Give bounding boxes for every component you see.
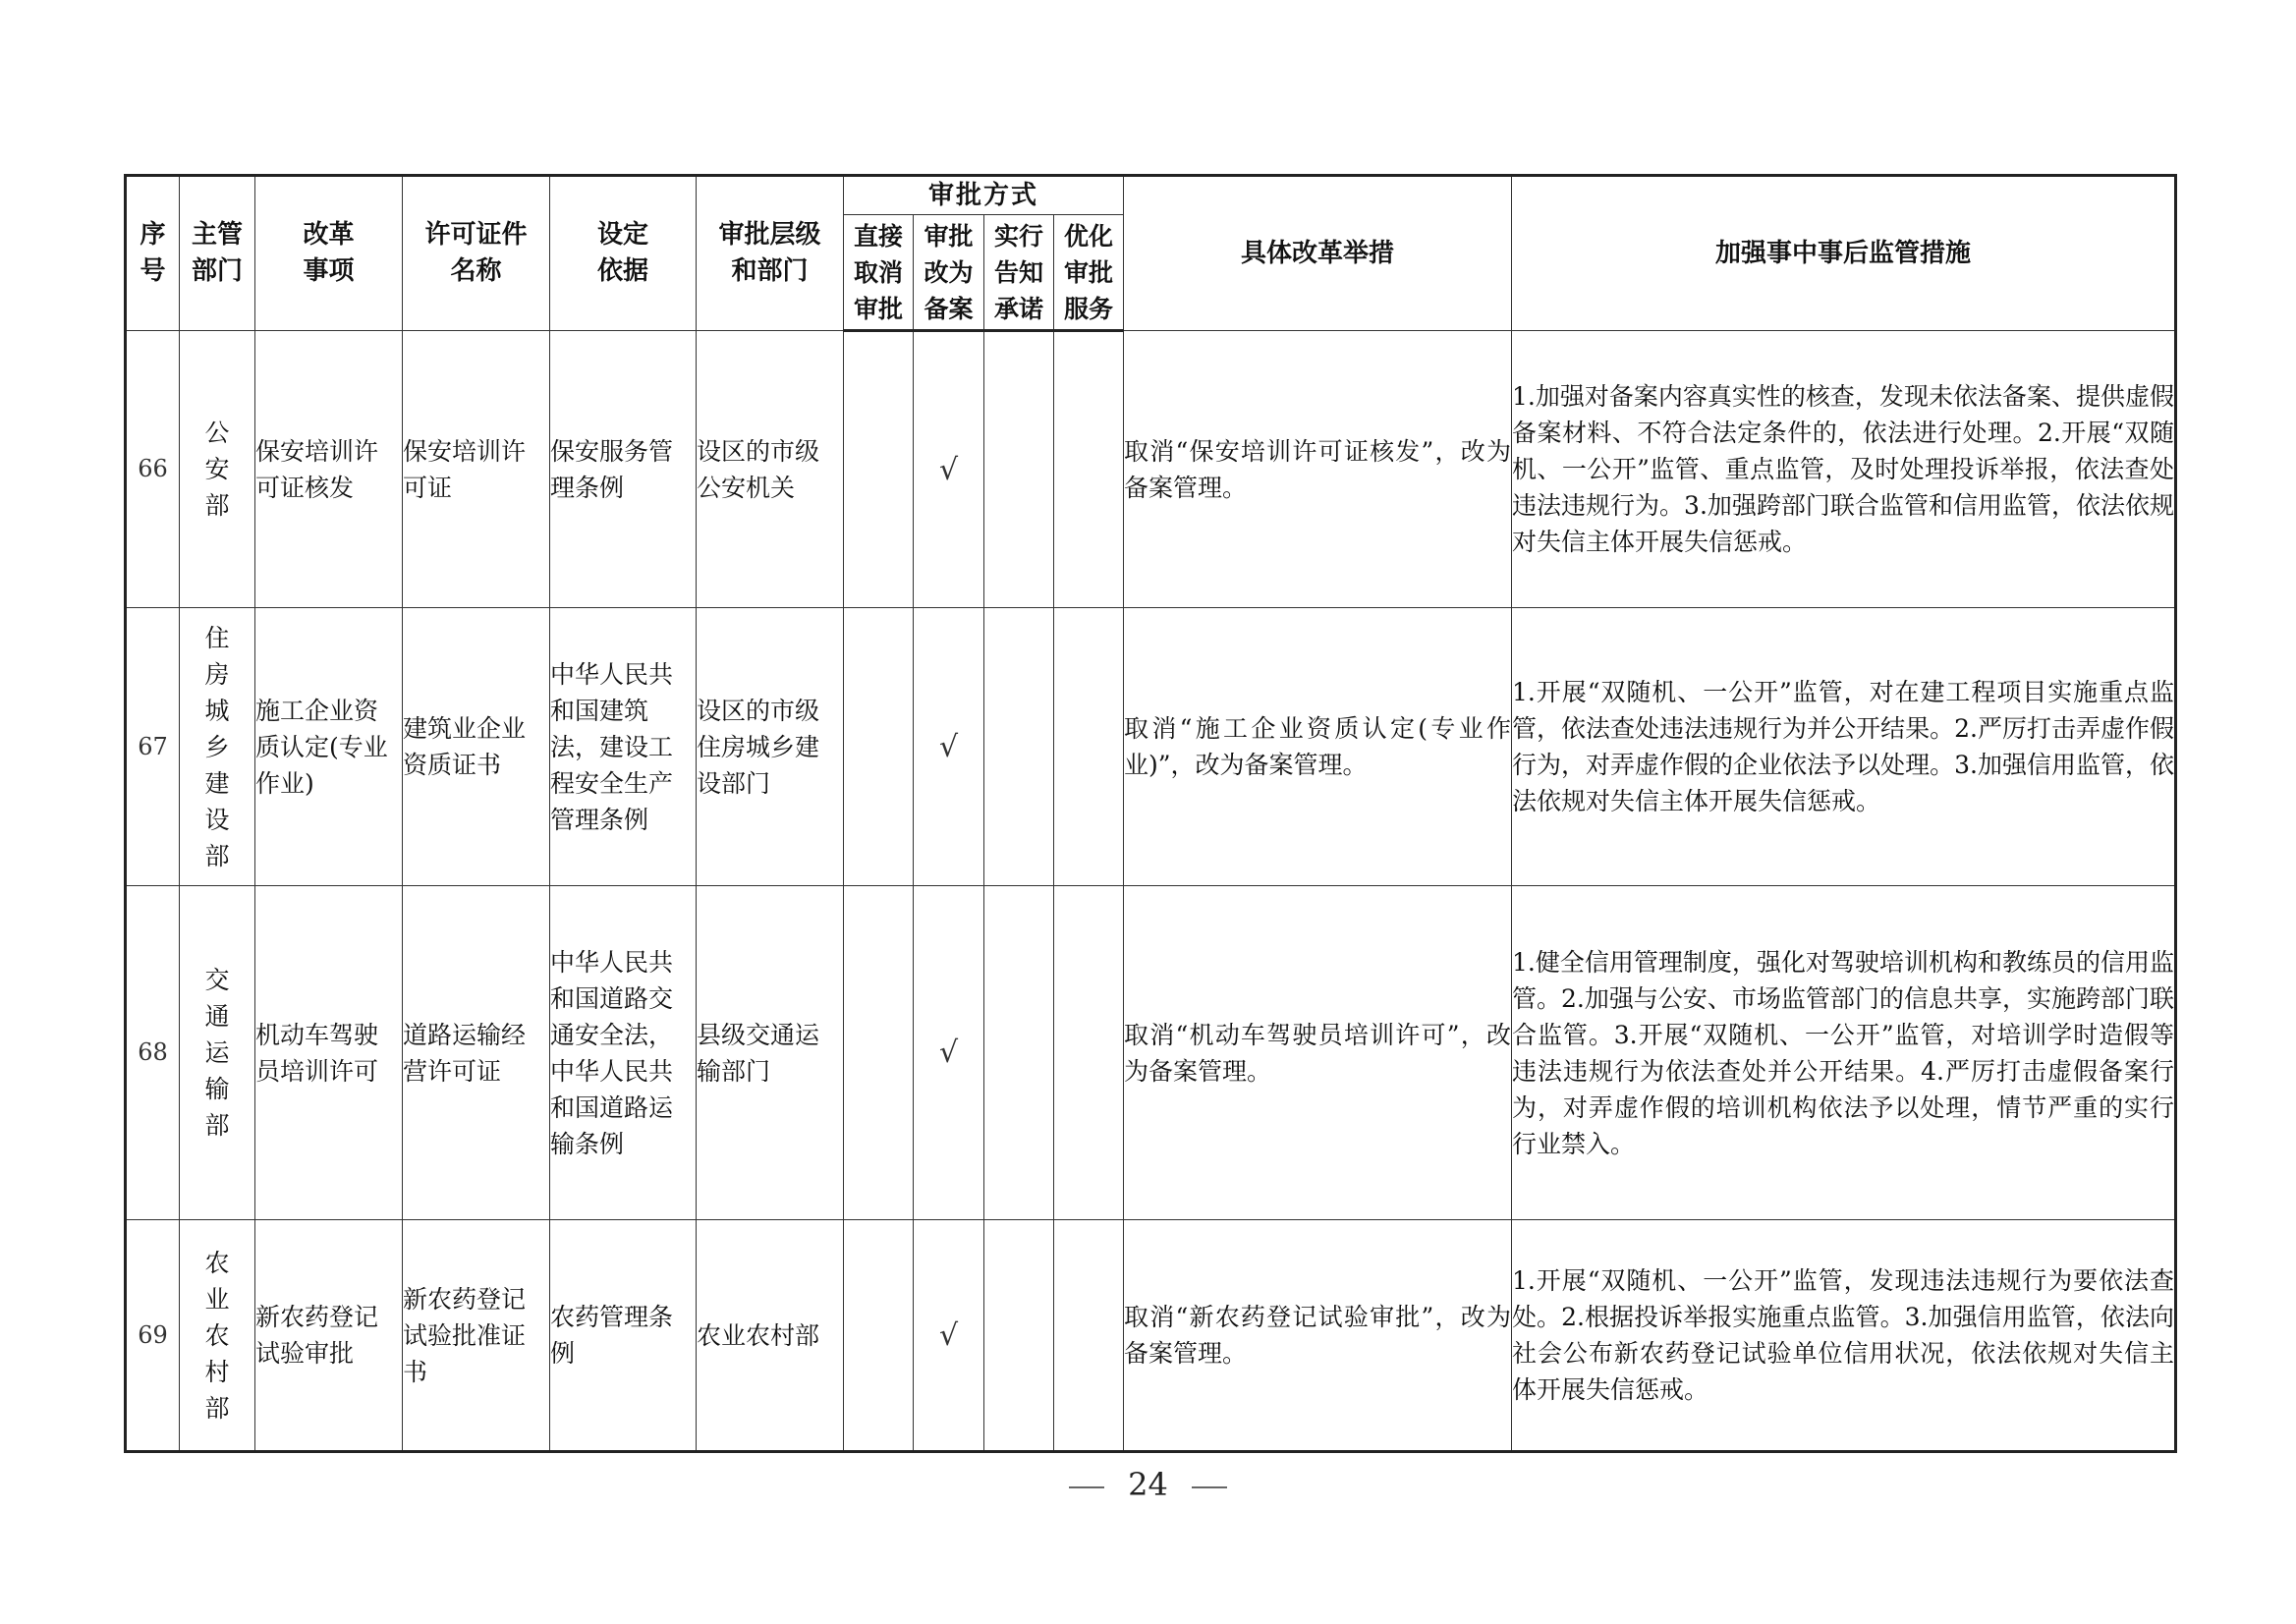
table-row: 68 交通运输部 机动车驾驶员培训许可 道路运输经营许可证 中华人民共和国道路交… [126,886,2176,1220]
table-row: 67 住房城乡建设部 施工企业资质认定(专业作业) 建筑业企业资质证书 中华人民… [126,608,2176,886]
cell-license: 道路运输经营许可证 [403,886,550,1220]
cell-level: 设区的市级住房城乡建设部门 [697,608,844,886]
table-row: 69 农业农村部 新农药登记试验审批 新农药登记试验批准证书 农药管理条例 农业… [126,1220,2176,1452]
cell-item: 保安培训许可证核发 [255,331,403,608]
header-level: 审批层级和部门 [697,176,844,331]
cell-level: 设区的市级公安机关 [697,331,844,608]
header-mode-cancel: 直接取消审批 [844,215,914,331]
cell-basis: 中华人民共和国建筑法，建设工程安全生产管理条例 [550,608,697,886]
cell-mode-cancel [844,331,914,608]
page-number-text: 24 [1128,1466,1168,1503]
page-number: 24 [0,1466,2296,1503]
cell-seq: 69 [126,1220,180,1452]
cell-license: 建筑业企业资质证书 [403,608,550,886]
cell-supervision: 1.开展“双随机、一公开”监管，对在建工程项目实施重点监管，依法查处违法违规行为… [1512,608,2176,886]
header-supervision: 加强事中事后监管措施 [1512,176,2176,331]
cell-supervision: 1.健全信用管理制度，强化对驾驶培训机构和教练员的信用监管。2.加强与公安、市场… [1512,886,2176,1220]
cell-supervision: 1.开展“双随机、一公开”监管，发现违法违规行为要依法查处。2.根据投诉举报实施… [1512,1220,2176,1452]
cell-mode-optimize [1054,1220,1124,1452]
checkmark-icon: √ [914,331,984,608]
header-basis: 设定依据 [550,176,697,331]
document-page: 序号 主管部门 改革事项 许可证件名称 设定依据 审批层级和部门 审批方式 具体… [0,0,2296,1624]
cell-seq: 66 [126,331,180,608]
header-mode-filing: 审批改为备案 [914,215,984,331]
cell-level: 县级交通运输部门 [697,886,844,1220]
cell-item: 施工企业资质认定(专业作业) [255,608,403,886]
cell-supervision: 1.加强对备案内容真实性的核查，发现未依法备案、提供虚假备案材料、不符合法定条件… [1512,331,2176,608]
header-license: 许可证件名称 [403,176,550,331]
cell-mode-notify [984,608,1054,886]
cell-measures: 取消“机动车驾驶员培训许可”，改为备案管理。 [1124,886,1512,1220]
cell-item: 新农药登记试验审批 [255,1220,403,1452]
cell-mode-notify [984,886,1054,1220]
checkmark-icon: √ [914,608,984,886]
cell-measures: 取消“施工企业资质认定(专业作业)”，改为备案管理。 [1124,608,1512,886]
cell-basis: 保安服务管理条例 [550,331,697,608]
cell-dept: 交通运输部 [180,886,255,1220]
reform-table: 序号 主管部门 改革事项 许可证件名称 设定依据 审批层级和部门 审批方式 具体… [124,174,2177,1453]
cell-basis: 农药管理条例 [550,1220,697,1452]
dash-left-icon [1069,1486,1104,1488]
cell-measures: 取消“保安培训许可证核发”，改为备案管理。 [1124,331,1512,608]
cell-item: 机动车驾驶员培训许可 [255,886,403,1220]
cell-mode-optimize [1054,608,1124,886]
table-row: 66 公安部 保安培训许可证核发 保安培训许可证 保安服务管理条例 设区的市级公… [126,331,2176,608]
header-mode-notify: 实行告知承诺 [984,215,1054,331]
cell-mode-cancel [844,1220,914,1452]
dash-right-icon [1192,1486,1227,1488]
header-approval-mode: 审批方式 [844,176,1124,215]
cell-seq: 68 [126,886,180,1220]
cell-mode-optimize [1054,331,1124,608]
cell-seq: 67 [126,608,180,886]
cell-mode-cancel [844,886,914,1220]
cell-dept: 农业农村部 [180,1220,255,1452]
cell-mode-notify [984,1220,1054,1452]
cell-dept: 住房城乡建设部 [180,608,255,886]
cell-license: 保安培训许可证 [403,331,550,608]
header-dept: 主管部门 [180,176,255,331]
cell-measures: 取消“新农药登记试验审批”，改为备案管理。 [1124,1220,1512,1452]
header-seq: 序号 [126,176,180,331]
header-mode-optimize: 优化审批服务 [1054,215,1124,331]
cell-mode-optimize [1054,886,1124,1220]
cell-dept: 公安部 [180,331,255,608]
checkmark-icon: √ [914,1220,984,1452]
cell-mode-notify [984,331,1054,608]
cell-license: 新农药登记试验批准证书 [403,1220,550,1452]
checkmark-icon: √ [914,886,984,1220]
cell-mode-cancel [844,608,914,886]
cell-level: 农业农村部 [697,1220,844,1452]
header-item: 改革事项 [255,176,403,331]
cell-basis: 中华人民共和国道路交通安全法，中华人民共和国道路运输条例 [550,886,697,1220]
header-measures: 具体改革举措 [1124,176,1512,331]
